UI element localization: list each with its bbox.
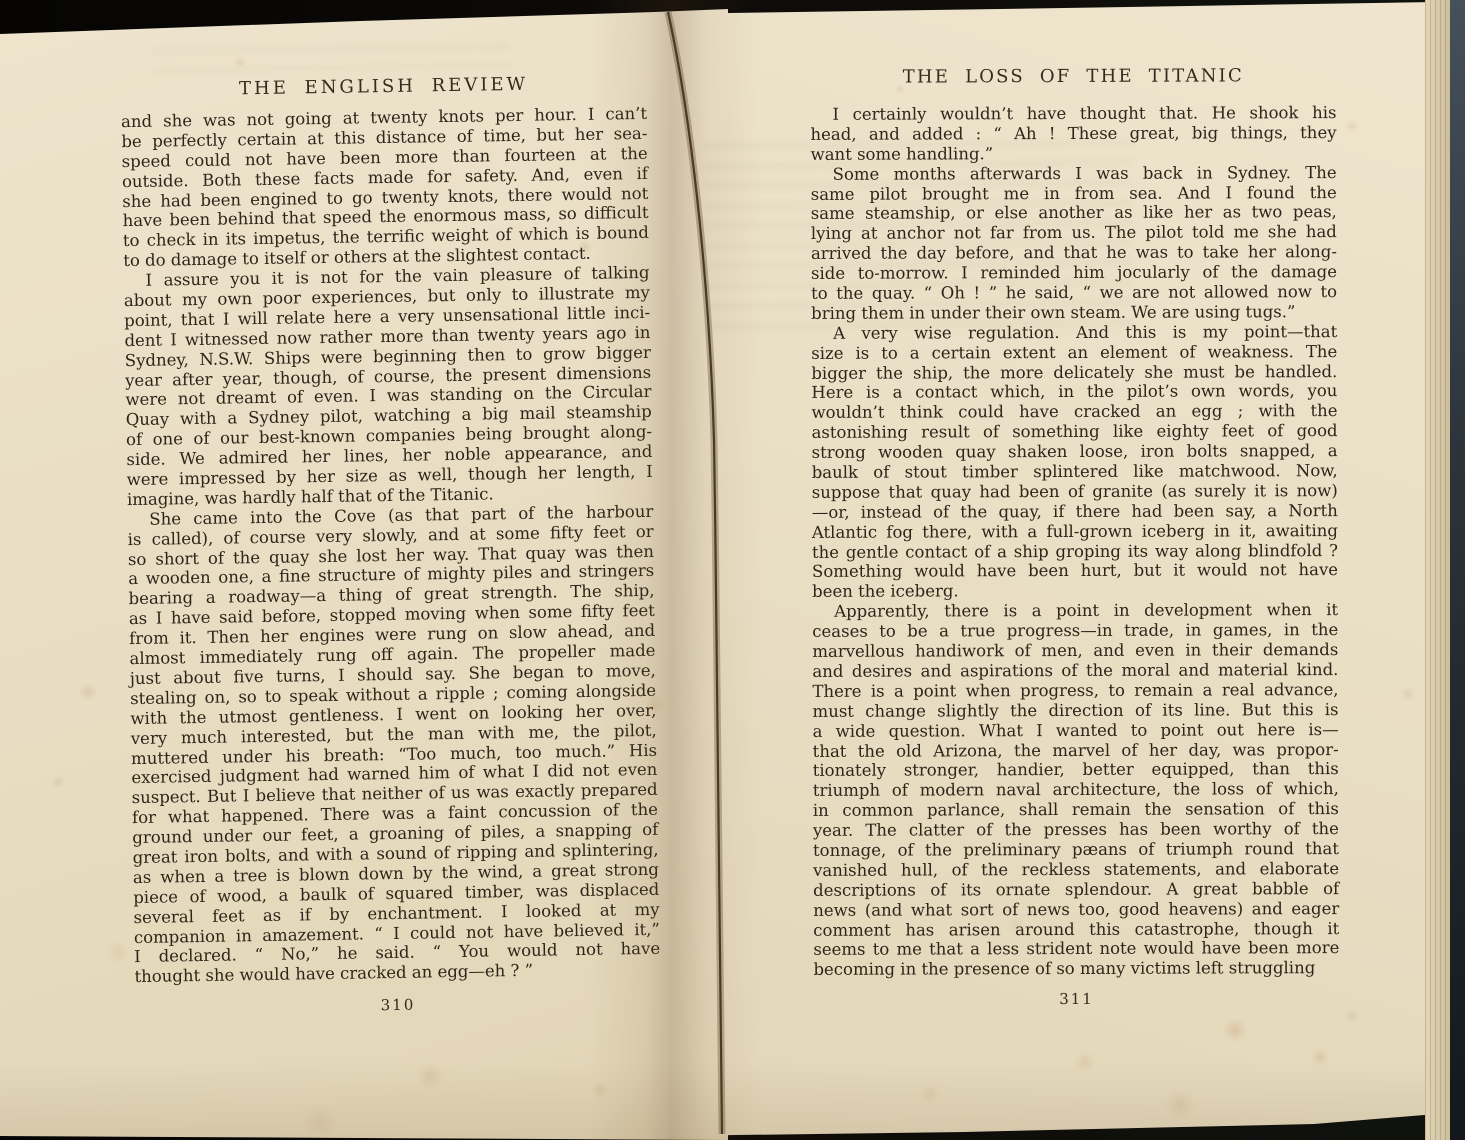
text-line: same steamship, or else another as like …	[811, 202, 1337, 224]
text-column-left: and she was not going at twenty knots pe…	[121, 104, 661, 987]
text-line: want some handling.”	[811, 143, 1337, 165]
text-line: Here is a contact which, in the pilot’s …	[811, 382, 1337, 404]
page-right: THE LOSS OF THE TITANIC I certainly woul…	[664, 0, 1436, 1140]
book-scan: THE ENGLISH REVIEW and she was not going…	[0, 0, 1465, 1140]
text-line: a wide question. What I wanted to point …	[813, 720, 1339, 742]
text-line: to the quay. “ Oh ! ” he said, “ we are …	[811, 282, 1337, 304]
text-line: ceases to be a true progress—in trade, i…	[812, 620, 1338, 642]
book-cover-right	[1450, 0, 1465, 1140]
text-line: seems to me that a less strident note wo…	[813, 938, 1339, 960]
text-line: Atlantic fog there, with a full-grown ic…	[812, 521, 1338, 543]
text-line: that the old Arizona, the marvel of her …	[813, 740, 1339, 762]
text-line: astonishing result of something like eig…	[812, 421, 1338, 443]
text-line: wouldn’t think could have cracked an egg…	[811, 401, 1337, 423]
text-line: strong wooden quay shaken loose, iron bo…	[812, 441, 1338, 463]
text-line: Some months afterwards I was back in Syd…	[811, 163, 1337, 185]
page-left: THE ENGLISH REVIEW and she was not going…	[0, 0, 728, 1140]
text-line: tionately stronger, handier, better equi…	[813, 759, 1339, 781]
page-right-content: THE LOSS OF THE TITANIC I certainly woul…	[662, 0, 1438, 1140]
text-line: news (and what sort of news too, good he…	[813, 899, 1339, 921]
running-head-left: THE ENGLISH REVIEW	[120, 72, 646, 101]
text-line: and desires and aspirations of the moral…	[812, 660, 1338, 682]
text-line: side to-morrow. I reminded him jocularly…	[811, 262, 1337, 284]
page-number-right: 311	[814, 989, 1340, 1009]
showthrough-ghost	[152, 42, 512, 74]
text-line: tonnage, of the preliminary pæans of tri…	[813, 839, 1339, 861]
text-line: baulk of stout timber splintered like ma…	[812, 461, 1338, 483]
text-line: A very wise regulation. And this is my p…	[811, 322, 1337, 344]
running-head-right: THE LOSS OF THE TITANIC	[810, 65, 1336, 88]
text-line: bigger the ship, the more delicately she…	[811, 362, 1337, 384]
page-number-left: 310	[135, 992, 661, 1018]
text-line: same pilot brought me in from sea. And I…	[811, 183, 1337, 205]
text-line: head, and added : “ Ah ! These great, bi…	[810, 123, 1336, 145]
text-line: lying at anchor not far from us. The pil…	[811, 222, 1337, 244]
text-line: been the iceberg.	[812, 580, 1338, 602]
text-line: size is to a certain extent an element o…	[811, 342, 1337, 364]
text-column-right: I certainly wouldn’t have thought that. …	[810, 103, 1339, 980]
text-line: —or, instead of the quay, if there had b…	[812, 501, 1338, 523]
text-line: suppose that quay had been of granite (a…	[812, 481, 1338, 503]
text-line: vanished hull, of the reckless statement…	[813, 859, 1339, 881]
text-line: must change slightly the direction of it…	[812, 700, 1338, 722]
text-line: descriptions of its ornate splendour. A …	[813, 879, 1339, 901]
text-line: arrived the day before, and that he was …	[811, 242, 1337, 264]
text-line: becoming in the presence of so many vict…	[813, 958, 1339, 980]
text-line: There is a point when progress, to remai…	[812, 680, 1338, 702]
text-line: Apparently, there is a point in developm…	[812, 600, 1338, 622]
text-line: Something would have been hurt, but it w…	[812, 561, 1338, 583]
page-edge-stack	[1425, 0, 1450, 1140]
text-line: bring them in under their own steam. We …	[811, 302, 1337, 324]
text-line: marvellous handiwork of men, and even in…	[812, 640, 1338, 662]
text-line: in common parlance, shall remain the sen…	[813, 799, 1339, 821]
text-line: I certainly wouldn’t have thought that. …	[810, 103, 1336, 125]
text-line: the gentle contact of a ship groping its…	[812, 541, 1338, 563]
text-line: year. The clatter of the presses has bee…	[813, 819, 1339, 841]
page-left-content: THE ENGLISH REVIEW and she was not going…	[0, 0, 737, 1140]
text-line: triumph of modern naval architecture, th…	[813, 779, 1339, 801]
text-line: comment has arisen around this catastrop…	[813, 919, 1339, 941]
